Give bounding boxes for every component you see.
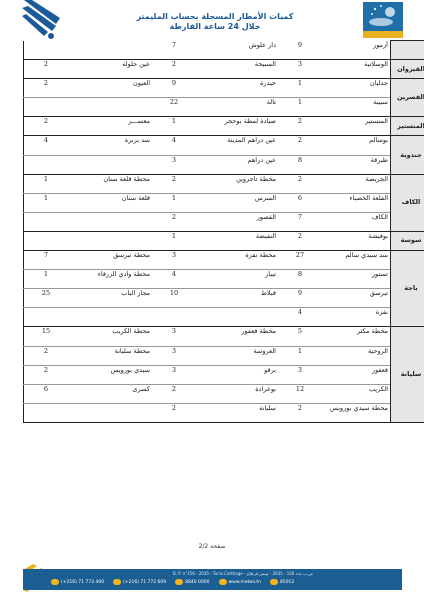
contact-text: (+216) 71 773 400 <box>61 580 104 585</box>
table-row: الكريب12بوعرادة2كسرى6 <box>24 384 424 403</box>
value-cell: 7 <box>24 251 69 270</box>
value-cell: 4 <box>24 136 69 155</box>
value-cell: 2 <box>278 403 322 422</box>
page-number: صفحة 2/2 <box>0 543 424 550</box>
value-cell: 2 <box>152 403 196 422</box>
value-cell <box>24 403 69 422</box>
phone-icon <box>51 579 59 585</box>
station-cell: النفيضة <box>196 231 278 250</box>
value-cell: 9 <box>278 289 322 308</box>
value-cell: 1 <box>24 270 69 289</box>
station-cell: محطة نفزة <box>196 251 278 270</box>
station-cell <box>196 308 278 327</box>
station-cell: محطة الكريب <box>68 327 152 346</box>
station-cell: جدليان <box>322 79 391 98</box>
table-row: محطة سيدي بورويس2سليانة2 <box>24 403 424 422</box>
station-cell: السبيخة <box>196 60 278 79</box>
station-cell: برقو <box>196 365 278 384</box>
station-cell: محطة مكثر <box>322 327 391 346</box>
value-cell: 22 <box>152 98 196 117</box>
station-cell: قعفور <box>322 365 391 384</box>
value-cell: 8 <box>278 270 322 289</box>
value-cell: 12 <box>278 384 322 403</box>
station-cell <box>68 98 152 117</box>
station-cell: الوسلاتية <box>322 60 391 79</box>
station-cell: عين دراهم المدينة <box>196 136 278 155</box>
table-row: طبرقة8عين دراهم3 <box>24 155 424 174</box>
contact-text: www.meteo.tn <box>229 580 261 585</box>
table-row: القلعة الخصباء6السرس1قلعة سنان1 <box>24 193 424 212</box>
station-cell: تيبار <box>196 270 278 289</box>
footer-contact: www.meteo.tn <box>219 579 261 585</box>
station-cell: المنستير <box>322 117 391 136</box>
value-cell: 9 <box>152 79 196 98</box>
value-cell: 7 <box>278 212 322 231</box>
contact-text: 85012 <box>280 580 294 585</box>
value-cell: 3 <box>152 251 196 270</box>
title-line-1: كميات الأمطار المسجلة بحساب المليمتر <box>110 12 320 22</box>
value-cell: 3 <box>278 60 322 79</box>
station-cell: الجريصة <box>322 174 391 193</box>
station-cell: تستور <box>322 270 391 289</box>
table-row: سبيبة1تالة22 <box>24 98 424 117</box>
value-cell: 4 <box>152 136 196 155</box>
value-cell: 15 <box>24 327 69 346</box>
station-cell: صيادة لمطة بوحجر <box>196 117 278 136</box>
station-cell: الكريب <box>322 384 391 403</box>
table-row: تبرسق9قبلاط10مجاز الباب25 <box>24 289 424 308</box>
value-cell: 5 <box>278 327 322 346</box>
region-cell: القيروان <box>391 60 424 79</box>
region-cell: القصرين <box>391 79 424 117</box>
value-cell: 3 <box>278 365 322 384</box>
region-cell: باجة <box>391 251 424 327</box>
value-cell: 2 <box>152 212 196 231</box>
value-cell: 1 <box>24 174 69 193</box>
station-cell: القلعة الخصباء <box>322 193 391 212</box>
footer-address: B. P. n°156 - 2035 - Tunis Carthage - ص.… <box>113 571 373 576</box>
ministry-logo-icon <box>22 0 62 40</box>
table-row: نفزة4 <box>24 308 424 327</box>
footer-contact: 85012 <box>270 579 294 585</box>
value-cell: 1 <box>278 79 322 98</box>
station-cell <box>68 155 152 174</box>
value-cell <box>152 308 196 327</box>
station-cell <box>68 403 152 422</box>
station-cell: طبرقة <box>322 155 391 174</box>
region-cell: المنستير <box>391 117 424 136</box>
rainfall-table: أزمور9دار علوش7القيروانالوسلاتية3السبيخة… <box>23 40 424 423</box>
table-row: الكاف7القصور2 <box>24 212 424 231</box>
table-row: سوسةبوفيشة2النفيضة1 <box>24 231 424 250</box>
footer-contact: 8840 0000 <box>175 579 209 585</box>
region-cell <box>391 41 424 60</box>
value-cell <box>24 98 69 117</box>
station-cell: السرس <box>196 193 278 212</box>
region-cell: سليانة <box>391 327 424 422</box>
station-cell: الروحية <box>322 346 391 365</box>
value-cell <box>24 212 69 231</box>
station-cell: تالة <box>196 98 278 117</box>
table-row: القيروانالوسلاتية3السبيخة2عين جلولة2 <box>24 60 424 79</box>
station-cell: محطة وادي الزرقاء <box>68 270 152 289</box>
contact-text: 8840 0000 <box>185 580 209 585</box>
value-cell: 4 <box>278 308 322 327</box>
station-cell: سد بربرة <box>68 136 152 155</box>
table-row: قعفور3برقو3سيدي بورويس2 <box>24 365 424 384</box>
value-cell: 2 <box>152 174 196 193</box>
value-cell: 1 <box>278 98 322 117</box>
value-cell: 2 <box>278 136 322 155</box>
station-cell <box>68 231 152 250</box>
sms-icon <box>270 579 278 585</box>
value-cell: 4 <box>152 270 196 289</box>
station-cell: محطة سيدي بورويس <box>322 403 391 422</box>
region-cell: الكاف <box>391 174 424 231</box>
region-cell: جندوبة <box>391 136 424 174</box>
value-cell: 2 <box>278 174 322 193</box>
value-cell: 1 <box>152 117 196 136</box>
station-cell: أزمور <box>322 41 391 60</box>
station-cell: محطة سليانة <box>68 346 152 365</box>
region-cell: سوسة <box>391 231 424 250</box>
value-cell: 2 <box>24 117 69 136</box>
value-cell: 9 <box>278 41 322 60</box>
value-cell: 2 <box>24 346 69 365</box>
call-center-icon <box>175 579 183 585</box>
station-cell: محطة تبرسق <box>68 251 152 270</box>
value-cell: 1 <box>152 231 196 250</box>
footer-contact: (+216) 71 773 400 <box>51 579 104 585</box>
value-cell: 7 <box>152 41 196 60</box>
document-title: كميات الأمطار المسجلة بحساب المليمتر خلا… <box>110 12 320 32</box>
contact-text: (+216) 71 772 609 <box>123 580 166 585</box>
table-row: أزمور9دار علوش7 <box>24 41 424 60</box>
value-cell: 1 <box>152 193 196 212</box>
footer-bar: B. P. n°156 - 2035 - Tunis Carthage - ص.… <box>23 569 402 590</box>
station-cell: بوفيشة <box>322 231 391 250</box>
value-cell <box>24 308 69 327</box>
document-header: كميات الأمطار المسجلة بحساب المليمتر خلا… <box>0 0 424 40</box>
station-cell: حيدرة <box>196 79 278 98</box>
station-cell: محطة قعفور <box>196 327 278 346</box>
station-cell: العروسة <box>196 346 278 365</box>
station-cell: دار علوش <box>196 41 278 60</box>
value-cell: 2 <box>278 117 322 136</box>
value-cell: 3 <box>152 365 196 384</box>
station-cell: مجاز الباب <box>68 289 152 308</box>
fax-icon <box>113 579 121 585</box>
value-cell: 1 <box>278 346 322 365</box>
inm-logo-icon <box>363 2 403 38</box>
value-cell <box>24 155 69 174</box>
station-cell: نفزة <box>322 308 391 327</box>
value-cell: 2 <box>24 365 69 384</box>
station-cell <box>68 308 152 327</box>
title-line-2: خلال 24 ساعة الفارطة <box>110 22 320 32</box>
station-cell <box>68 212 152 231</box>
value-cell: 27 <box>278 251 322 270</box>
station-cell: سد سيدي سالم <box>322 251 391 270</box>
station-cell: العيون <box>68 79 152 98</box>
station-cell: محطة تاجروين <box>196 174 278 193</box>
value-cell: 3 <box>152 327 196 346</box>
value-cell: 3 <box>152 155 196 174</box>
station-cell: تبرسق <box>322 289 391 308</box>
value-cell: 6 <box>24 384 69 403</box>
value-cell: 2 <box>24 79 69 98</box>
station-cell: قلعة سنان <box>68 193 152 212</box>
value-cell: 10 <box>152 289 196 308</box>
value-cell: 1 <box>24 193 69 212</box>
station-cell: القصور <box>196 212 278 231</box>
value-cell <box>24 231 69 250</box>
station-cell: سيدي بورويس <box>68 365 152 384</box>
station-cell: كسرى <box>68 384 152 403</box>
value-cell: 2 <box>278 231 322 250</box>
station-cell: عين جلولة <box>68 60 152 79</box>
station-cell: سليانة <box>196 403 278 422</box>
table-row: جندوبةبوسالم2عين دراهم المدينة4سد بربرة4 <box>24 136 424 155</box>
value-cell: 8 <box>278 155 322 174</box>
table-row: باجةسد سيدي سالم27محطة نفزة3محطة تبرسق7 <box>24 251 424 270</box>
table-row: الروحية1العروسة3محطة سليانة2 <box>24 346 424 365</box>
value-cell: 2 <box>24 60 69 79</box>
table-row: القصرينجدليان1حيدرة9العيون2 <box>24 79 424 98</box>
value-cell: 6 <box>278 193 322 212</box>
value-cell <box>24 41 69 60</box>
value-cell: 2 <box>152 384 196 403</box>
table-row: المنستيرالمنستير2صيادة لمطة بوحجر1معتمــ… <box>24 117 424 136</box>
value-cell: 25 <box>24 289 69 308</box>
table-row: الكافالجريصة2محطة تاجروين2محطة قلعة سنان… <box>24 174 424 193</box>
footer-contact: (+216) 71 772 609 <box>113 579 166 585</box>
value-cell: 2 <box>152 60 196 79</box>
station-cell: قبلاط <box>196 289 278 308</box>
station-cell: عين دراهم <box>196 155 278 174</box>
station-cell: بوسالم <box>322 136 391 155</box>
table-row: سليانةمحطة مكثر5محطة قعفور3محطة الكريب15 <box>24 327 424 346</box>
station-cell: الكاف <box>322 212 391 231</box>
table-row: تستور8تيبار4محطة وادي الزرقاء1 <box>24 270 424 289</box>
footer-contacts: (+216) 71 773 400(+216) 71 772 6098840 0… <box>51 579 294 585</box>
station-cell <box>68 41 152 60</box>
value-cell: 3 <box>152 346 196 365</box>
station-cell: معتمـــر <box>68 117 152 136</box>
station-cell: سبيبة <box>322 98 391 117</box>
station-cell: بوعرادة <box>196 384 278 403</box>
station-cell: محطة قلعة سنان <box>68 174 152 193</box>
web-icon <box>219 579 227 585</box>
